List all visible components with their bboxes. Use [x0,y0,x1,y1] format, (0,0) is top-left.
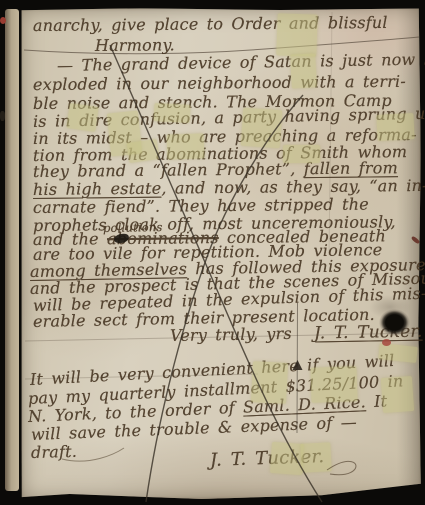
signature-flourish [327,461,356,474]
cancel-marks [0,0,425,505]
red-wax-dot [382,339,391,346]
cancel-x-stroke [110,45,322,502]
draft-flourish [62,448,124,461]
photographed-letter: anarchy, give place to Order and blissfu… [0,0,425,505]
cancel-x-stroke [146,95,303,502]
insertion-arrow [293,360,303,370]
